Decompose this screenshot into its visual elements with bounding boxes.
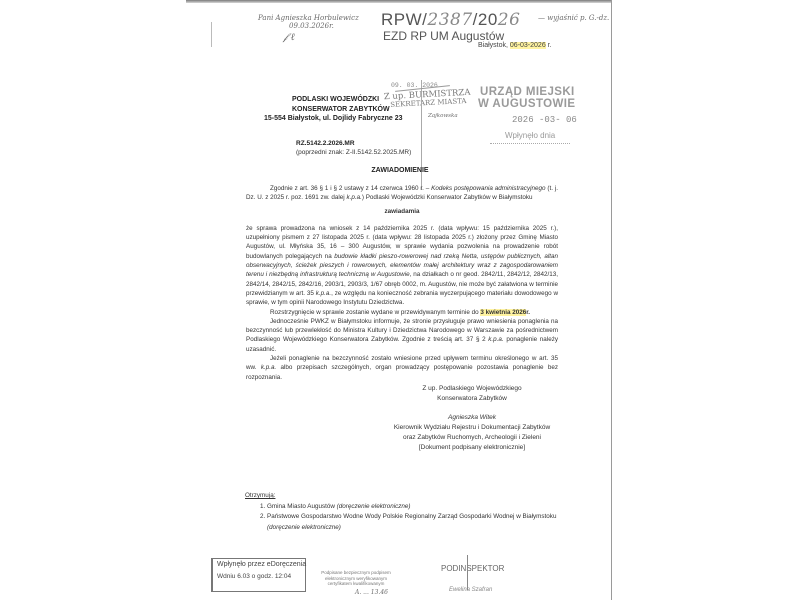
handwritten-note-top-right: — wyjaśnić p. G.-dz. — [538, 14, 609, 22]
intro-kpa: k.p.a. — [346, 194, 361, 201]
recipient-delivery: (doręczenie elektroniczne) — [267, 524, 341, 531]
info-paragraph: Jednocześnie PWKZ w Białymstoku informuj… — [246, 317, 558, 354]
city-office-received-label: Wpłynęło dnia — [505, 131, 555, 140]
recipient-item: Gmina Miasto Augustów (doręczenie elektr… — [267, 502, 567, 513]
deadline-date: 3 kwietnia 2026 — [480, 309, 526, 316]
signature-line2: Konserwatora Zabytków — [372, 394, 572, 404]
esignature-note: Podpisane bezpiecznym podpisem elektroni… — [320, 570, 392, 587]
recipient-name: Gmina Miasto Augustów — [267, 503, 337, 510]
deadline-text: Rozstrzygnięcie w sprawie zostanie wydan… — [270, 309, 480, 316]
place-date: Białystok, 06-03-2026 r. — [478, 42, 552, 49]
reminder-kpa: k.p.a. — [261, 364, 276, 371]
handwritten-mark — [211, 22, 212, 47]
case-reference: RZ.5142.2.2026.MR — [296, 140, 355, 147]
page-top-edge — [186, 0, 611, 3]
recipients-header: Otrzymują: — [245, 491, 567, 502]
city-office-stamp: URZĄD MIEJSKI W AUGUSTOWIE — [480, 86, 575, 110]
rpw-year-prefix: /20 — [473, 10, 498, 29]
rpw-year-suffix: 26 — [498, 10, 521, 30]
signature-block: Z up. Podlaskiego Wojewódzkiego Konserwa… — [372, 384, 572, 453]
reminder-paragraph: Jeżeli ponaglenie na bezczynność zostało… — [246, 354, 558, 382]
signature-line1: Z up. Podlaskiego Wojewódzkiego — [372, 384, 572, 394]
mayor-stamp-signature: Zajkowska — [428, 113, 458, 119]
inspector-title: PODINSPEKTOR — [441, 564, 504, 573]
edoreczenia-line1: Wpłynęło przez eDoręczenia — [217, 561, 301, 568]
edoreczenia-line2: Wdniu 6.03 o godz. 12:04 — [217, 573, 301, 580]
signatory-name: Agnieszka Witek — [448, 414, 496, 421]
document-title: ZAWIADOMIENIE — [0, 167, 800, 174]
reminder-text-b: albo przepisach szczególnych, organ prow… — [246, 364, 558, 380]
inspector-signature-mark — [467, 555, 468, 590]
case-kpa: k.p.a. — [316, 290, 331, 297]
city-office-stamp-date: 2026 -03- 06 — [512, 115, 577, 125]
recipients-list: Gmina Miasto Augustów (doręczenie elektr… — [245, 502, 567, 534]
city-office-line2: W AUGUSTOWIE — [478, 98, 575, 110]
recipient-delivery: (doręczenie elektroniczne) — [337, 503, 411, 510]
letter-date: 06-03-2026 — [510, 42, 546, 49]
deadline-paragraph: Rozstrzygnięcie w sprawie zostanie wydan… — [246, 308, 558, 317]
intro-paragraph: Zgodnie z art. 36 § 1 i § 2 ustawy z 14 … — [246, 184, 558, 203]
previous-reference: (poprzedni znak: Z-II.5142.52.2025.MR) — [296, 148, 411, 157]
deadline-suffix: r. — [526, 309, 530, 316]
handwritten-signature: 𝒻 ℓ — [283, 32, 295, 43]
recipients-block: Otrzymują: Gmina Miasto Augustów (doręcz… — [245, 491, 567, 533]
place-city: Białystok, — [478, 42, 510, 49]
info-kpa: k.p.a. — [488, 336, 503, 343]
inspector-name: Ewelina Szafran — [449, 587, 492, 593]
city-office-dotted-line — [490, 142, 570, 144]
handwritten-note-bottom: A. ... 13.46 — [355, 589, 388, 596]
handwritten-note-addressee: Pani Agnieszka Horbulewicz — [258, 14, 359, 22]
signatory-position2: oraz Zabytków Ruchomych, Archeologii i Z… — [372, 433, 572, 443]
notifies-heading: zawiadamia — [246, 207, 558, 216]
signatory-position1: Kierownik Wydziału Rejestru i Dokumentac… — [372, 423, 572, 433]
intro-code-name: Kodeks postępowania administracyjnego — [431, 185, 545, 192]
rpw-registry-number: RPW/2387/2026 — [381, 10, 520, 30]
document-body: Zgodnie z art. 36 § 1 i § 2 ustawy z 14 … — [246, 184, 558, 382]
intro-text-a: Zgodnie z art. 36 § 1 i § 2 ustawy z 14 … — [270, 185, 431, 192]
recipient-name: Państwowe Gospodarstwo Wodne Wody Polski… — [267, 513, 556, 520]
city-office-line1: URZĄD MIEJSKI — [480, 86, 575, 98]
date-suffix: r. — [546, 42, 552, 49]
edoreczenia-stamp: Wpłynęło przez eDoręczenia Wdniu 6.03 o … — [211, 558, 306, 592]
reference-block: RZ.5142.2.2026.MR (poprzedni znak: Z-II.… — [296, 139, 411, 157]
case-paragraph: że sprawa prowadzona na wniosek z 14 paź… — [246, 224, 558, 308]
recipient-item: Państwowe Gospodarstwo Wodne Wody Polski… — [267, 512, 567, 533]
intro-text-c: ) Podlaski Wojewódzki Konserwator Zabytk… — [362, 194, 533, 201]
rpw-number: 2387 — [427, 10, 472, 30]
handwritten-note-date: 09.03.2026r. — [289, 22, 334, 30]
electronic-signature-note: [Dokument podpisany elektronicznie] — [372, 443, 572, 453]
sender-address: 15-554 Białystok, ul. Dojlidy Fabryczne … — [264, 114, 403, 124]
ezd-system-label: EZD RP UM Augustów — [383, 29, 504, 43]
rpw-prefix: RPW/ — [381, 10, 427, 29]
